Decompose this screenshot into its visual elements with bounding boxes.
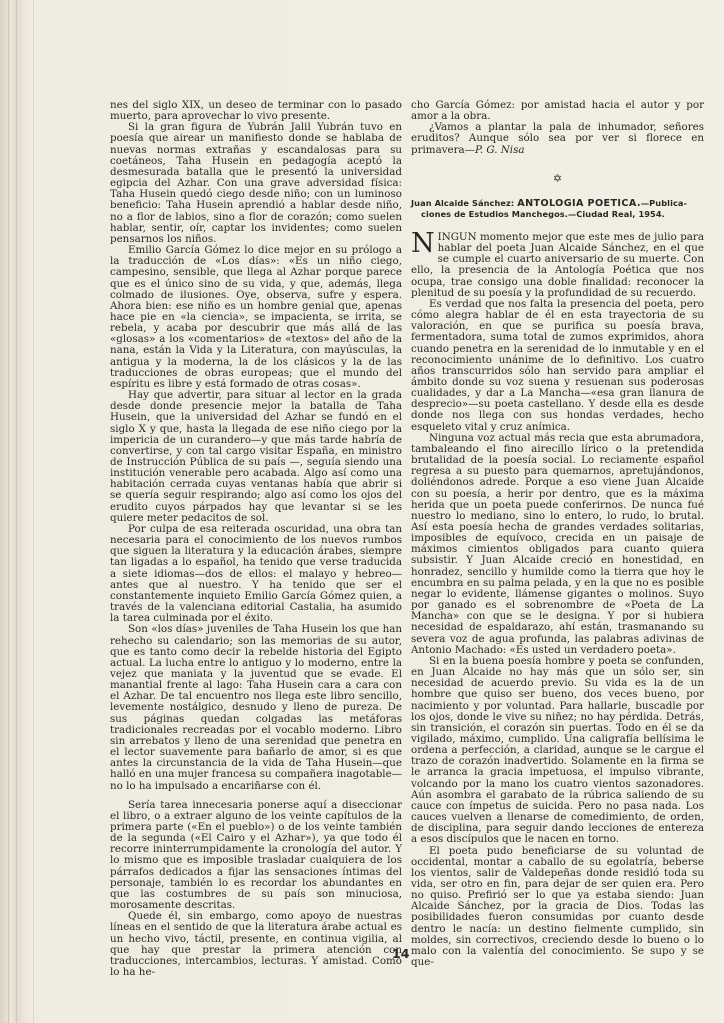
review-author: Juan Alcaide Sánchez: [411,198,514,208]
closing-paragraph: ¿Vamos a plantar la pala de inhumador, s… [411,122,704,155]
left-column: nes del siglo XIX, un deseo de terminar … [110,100,402,978]
paragraph: Por culpa de esa reiterada oscuridad, un… [110,524,402,624]
paragraph: Son «los días» juveniles de Taha Husein … [110,624,402,791]
magazine-page: nes del siglo XIX, un deseo de terminar … [0,0,724,1023]
paragraph: Emilio García Gómez lo dice mejor en su … [110,245,402,390]
paragraph-text: INGUN momento mejor que este mes de juli… [411,231,704,299]
closing-text: ¿Vamos a plantar la pala de inhumador, s… [411,121,704,155]
paragraph: Hay que advertir, para situar al lector … [110,390,402,524]
paragraph: Ninguna voz actual más recia que esta ab… [411,433,704,656]
paragraph: Quede él, sin embargo, como apoyo de nue… [110,911,402,978]
paragraph: Si la gran figura de Yubrán Jalil Yubrán… [110,122,402,245]
binding-edge [33,0,34,1023]
author-signature: P. G. Nisa [475,144,525,156]
review-publisher-line2: ciones de Estudios Manchegos.—Ciudad Rea… [411,209,704,220]
paragraph: Sería tarea innecesaria ponerse aquí a d… [110,800,402,912]
six-pointed-star-icon: ✡ [411,173,704,184]
paragraph: cho García Gómez: por amistad hacia el a… [411,100,704,122]
binding-edge [8,0,9,1023]
paragraph: El poeta pudo beneficiarse de su volunta… [411,846,704,969]
paragraph: Si en la buena poesía hombre y poeta se … [411,656,704,846]
binding-edge [16,0,17,1023]
paragraph: nes del siglo XIX, un deseo de terminar … [110,100,402,122]
right-column: cho García Gómez: por amistad hacia el a… [411,100,704,968]
review-book-title: ANTOLOGIA POETICA. [517,198,641,209]
paragraph: NINGUN momento mejor que este mes de jul… [411,232,704,299]
page-number: 14 [392,946,409,961]
paragraph: Es verdad que nos falta la presencia del… [411,299,704,433]
drop-cap: N [411,233,435,255]
review-heading: Juan Alcaide Sánchez: ANTOLOGIA POETICA.… [411,198,704,220]
review-publisher: —Publica- [641,198,687,208]
